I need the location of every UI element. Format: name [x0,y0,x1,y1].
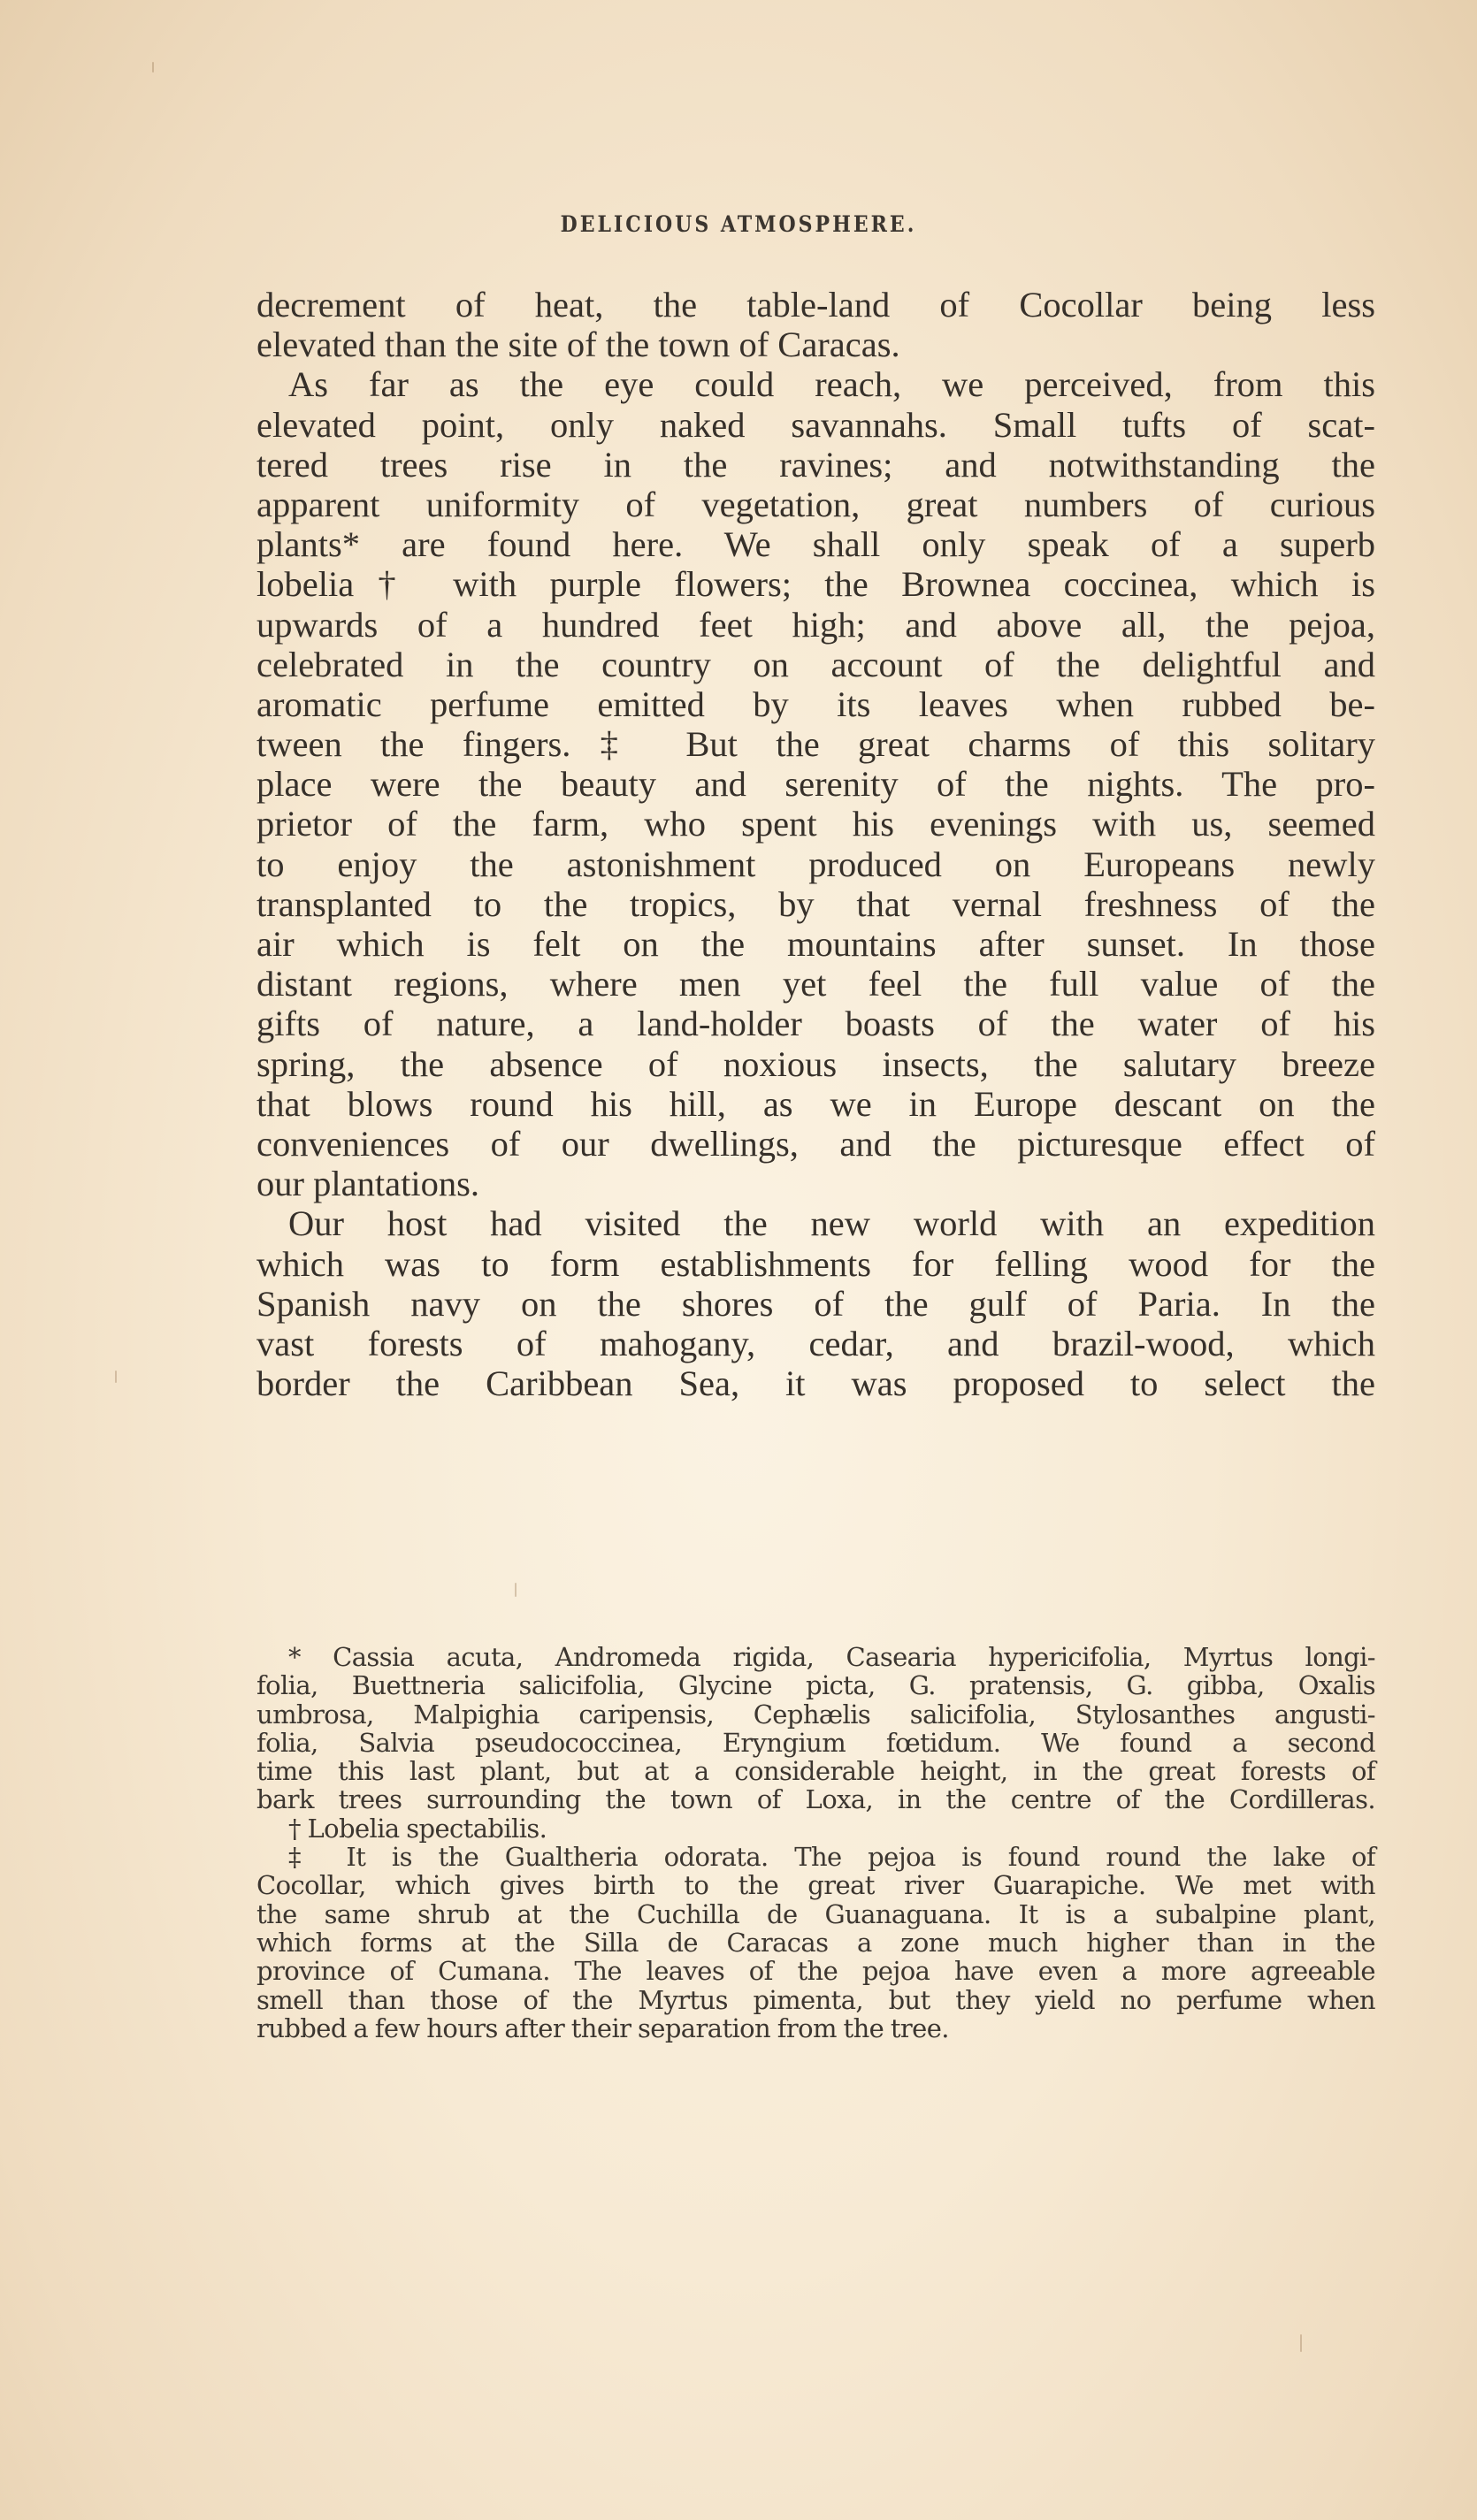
running-head: DELICIOUS ATMOSPHERE. [0,211,1477,238]
footnote-line: time this last plant, but at a considera… [256,1757,1375,1785]
text-line: which was to form establishments for fel… [256,1244,1375,1284]
text-line: elevated than the site of the town of Ca… [256,325,1375,364]
text-line: gifts of nature, a land-holder boasts of… [256,1004,1375,1043]
text-line: tween the fingers.‡ But the great charms… [256,724,1375,764]
footnote-line: folia, Buettneria salicifolia, Glycine p… [256,1671,1375,1699]
text-line: air which is felt on the mountains after… [256,924,1375,964]
footnote-asterisk: * Cassia acuta, Andromeda rigida, Casear… [256,1643,1375,1671]
footnote-line: bark trees surrounding the town of Loxa,… [256,1785,1375,1814]
text-line: distant regions, where men yet feel the … [256,964,1375,1004]
paper-speck [152,62,154,73]
text-line: upwards of a hundred feet high; and abov… [256,605,1375,645]
text-line: that blows round his hill, as we in Euro… [256,1084,1375,1124]
footnote-dagger: † Lobelia spectabilis. [256,1814,1375,1843]
text-line: spring, the absence of noxious insects, … [256,1044,1375,1084]
book-page: DELICIOUS ATMOSPHERE. decrement of heat,… [0,0,1477,2520]
text-line: prietor of the farm, who spent his eveni… [256,804,1375,844]
text-line: apparent uniformity of vegetation, great… [256,485,1375,524]
paragraph-start: As far as the eye could reach, we percei… [256,364,1375,404]
text-line: our plantations. [256,1164,1375,1203]
text-line: place were the beauty and serenity of th… [256,764,1375,804]
footnote-double-dagger: ‡ It is the Gualtheria odorata. The pejo… [256,1843,1375,1871]
text-line: aromatic perfume emitted by its leaves w… [256,684,1375,724]
text-line: tered trees rise in the ravines; and not… [256,445,1375,485]
paper-speck [1300,2334,1302,2352]
footnote-line: province of Cumana. The leaves of the pe… [256,1957,1375,1985]
text-line: lobelia† with purple flowers; the Browne… [256,564,1375,604]
main-text: decrement of heat, the table-land of Coc… [256,285,1375,1403]
text-line: celebrated in the country on account of … [256,645,1375,684]
text-line: border the Caribbean Sea, it was propose… [256,1363,1375,1403]
text-line: vast forests of mahogany, cedar, and bra… [256,1324,1375,1363]
footnote-line: umbrosa, Malpighia caripensis, Cephælis … [256,1700,1375,1729]
paper-speck [115,1371,117,1383]
footnote-line: the same shrub at the Cuchilla de Guanag… [256,1900,1375,1928]
text-line: transplanted to the tropics, by that ver… [256,884,1375,924]
text-line: conveniences of our dwellings, and the p… [256,1124,1375,1164]
footnote-line: which forms at the Silla de Caracas a zo… [256,1928,1375,1957]
paper-speck [515,1583,517,1597]
footnote-line: folia, Salvia pseudococcinea, Eryngium f… [256,1729,1375,1757]
text-line: elevated point, only naked savannahs. Sm… [256,405,1375,445]
footnote-line: rubbed a few hours after their separatio… [256,2014,1375,2043]
footnote-line: smell than those of the Myrtus pimenta, … [256,1986,1375,2014]
paragraph-start: Our host had visited the new world with … [256,1203,1375,1243]
footnotes: * Cassia acuta, Andromeda rigida, Casear… [256,1643,1375,2043]
text-line: Spanish navy on the shores of the gulf o… [256,1284,1375,1324]
text-line: decrement of heat, the table-land of Coc… [256,285,1375,325]
text-line: to enjoy the astonishment produced on Eu… [256,844,1375,884]
text-line: plants* are found here. We shall only sp… [256,524,1375,564]
footnote-line: Cocollar, which gives birth to the great… [256,1871,1375,1899]
